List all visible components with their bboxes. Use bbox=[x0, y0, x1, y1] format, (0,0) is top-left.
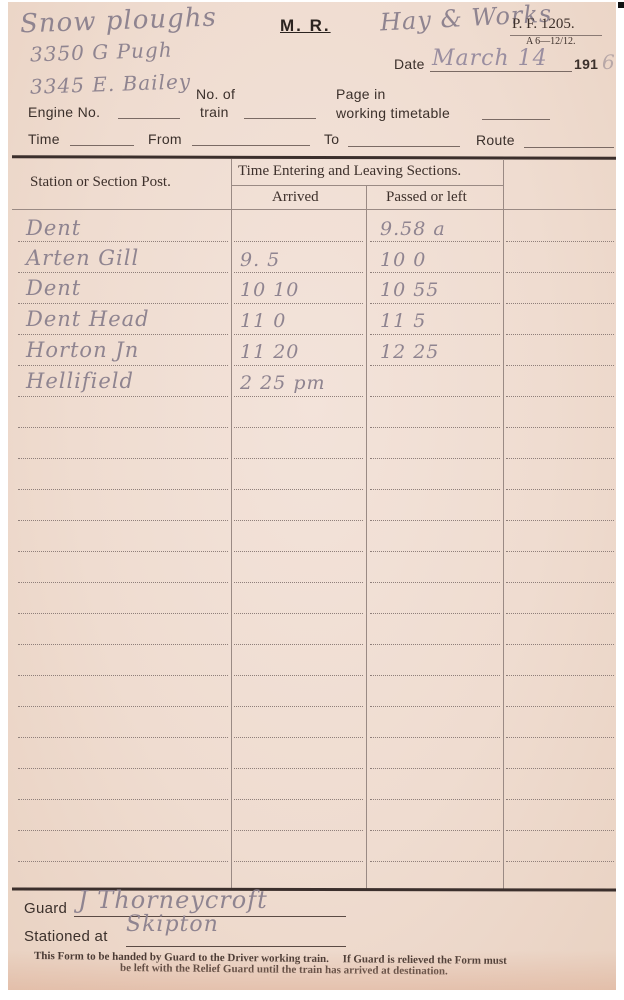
row-station: Dent Head bbox=[26, 307, 150, 331]
row-dotted-rule bbox=[234, 551, 363, 552]
row-passed: 10 0 bbox=[380, 249, 426, 271]
row-passed: 9.58 a bbox=[380, 218, 446, 240]
row-dotted-rule bbox=[234, 365, 363, 366]
row-dotted-rule bbox=[234, 334, 363, 335]
row-dotted-rule bbox=[18, 272, 228, 273]
row-dotted-rule bbox=[234, 830, 363, 831]
row-dotted-rule bbox=[370, 303, 500, 304]
row-dotted-rule bbox=[234, 644, 363, 645]
row-dotted-rule bbox=[18, 706, 228, 707]
row-dotted-rule bbox=[234, 737, 363, 738]
table-top-rule bbox=[12, 155, 616, 160]
row-dotted-rule bbox=[234, 706, 363, 707]
row-dotted-rule bbox=[506, 551, 614, 552]
engine-entry-2: 3345 E. Bailey bbox=[30, 69, 192, 99]
row-dotted-rule bbox=[506, 675, 614, 676]
row-dotted-rule bbox=[234, 241, 363, 242]
row-dotted-rule bbox=[370, 241, 500, 242]
row-arrived: 11 0 bbox=[240, 310, 286, 332]
row-station: Arten Gill bbox=[26, 246, 139, 270]
row-dotted-rule bbox=[370, 830, 500, 831]
row-dotted-rule bbox=[18, 861, 228, 862]
train-label: train bbox=[200, 104, 229, 120]
row-dotted-rule bbox=[234, 489, 363, 490]
row-dotted-rule bbox=[370, 861, 500, 862]
row-dotted-rule bbox=[18, 737, 228, 738]
row-dotted-rule bbox=[18, 551, 228, 552]
date-label: Date bbox=[394, 56, 425, 72]
row-dotted-rule bbox=[18, 427, 228, 428]
row-passed: 10 55 bbox=[380, 279, 439, 301]
row-arrived: 10 10 bbox=[240, 279, 299, 301]
row-dotted-rule bbox=[506, 706, 614, 707]
row-dotted-rule bbox=[370, 520, 500, 521]
row-dotted-rule bbox=[18, 830, 228, 831]
row-dotted-rule bbox=[18, 582, 228, 583]
row-dotted-rule bbox=[18, 489, 228, 490]
row-arrived: 9. 5 bbox=[240, 249, 280, 271]
row-dotted-rule bbox=[506, 365, 614, 366]
handwritten-snow-ploughs: Snow ploughs bbox=[20, 3, 218, 40]
row-dotted-rule bbox=[506, 613, 614, 614]
guard-value: J Thorneycroft bbox=[78, 886, 268, 914]
engine-entry-1: 3350 G Pugh bbox=[30, 38, 173, 67]
row-dotted-rule bbox=[506, 334, 614, 335]
col-passed-header: Passed or left bbox=[386, 189, 467, 206]
row-dotted-rule bbox=[370, 706, 500, 707]
row-dotted-rule bbox=[506, 861, 614, 862]
row-arrived: 11 20 bbox=[240, 341, 299, 363]
row-station: Dent bbox=[26, 216, 81, 240]
row-dotted-rule bbox=[234, 582, 363, 583]
row-dotted-rule bbox=[370, 737, 500, 738]
col-arrived-header: Arrived bbox=[272, 189, 319, 206]
row-passed: 12 25 bbox=[380, 341, 439, 363]
row-dotted-rule bbox=[18, 334, 228, 335]
row-dotted-rule bbox=[506, 830, 614, 831]
row-dotted-rule bbox=[370, 582, 500, 583]
row-dotted-rule bbox=[370, 551, 500, 552]
row-dotted-rule bbox=[370, 613, 500, 614]
row-dotted-rule bbox=[18, 644, 228, 645]
row-dotted-rule bbox=[234, 396, 363, 397]
from-label: From bbox=[148, 131, 182, 147]
row-dotted-rule bbox=[234, 861, 363, 862]
row-dotted-rule bbox=[234, 303, 363, 304]
col-station-header: Station or Section Post. bbox=[30, 174, 171, 191]
row-dotted-rule bbox=[18, 799, 228, 800]
to-label: To bbox=[324, 131, 339, 147]
row-dotted-rule bbox=[506, 520, 614, 521]
row-station: Dent bbox=[26, 276, 81, 300]
row-dotted-rule bbox=[506, 272, 614, 273]
row-dotted-rule bbox=[18, 241, 228, 242]
row-dotted-rule bbox=[506, 644, 614, 645]
row-dotted-rule bbox=[506, 303, 614, 304]
row-dotted-rule bbox=[234, 427, 363, 428]
row-dotted-rule bbox=[18, 396, 228, 397]
row-arrived: 2 25 pm bbox=[240, 372, 326, 394]
row-dotted-rule bbox=[18, 768, 228, 769]
row-dotted-rule bbox=[506, 799, 614, 800]
row-dotted-rule bbox=[18, 458, 228, 459]
row-dotted-rule bbox=[370, 334, 500, 335]
row-dotted-rule bbox=[18, 675, 228, 676]
row-dotted-rule bbox=[506, 241, 614, 242]
col-time-group-header: Time Entering and Leaving Sections. bbox=[238, 163, 461, 180]
guard-label: Guard bbox=[24, 900, 67, 917]
row-dotted-rule bbox=[370, 396, 500, 397]
row-passed: 11 5 bbox=[380, 310, 426, 332]
row-dotted-rule bbox=[506, 582, 614, 583]
row-dotted-rule bbox=[234, 458, 363, 459]
row-dotted-rule bbox=[18, 303, 228, 304]
form-paper: Snow ploughs M. R. Hay & Works P. F. 120… bbox=[8, 2, 616, 990]
row-dotted-rule bbox=[370, 365, 500, 366]
row-dotted-rule bbox=[234, 768, 363, 769]
form-code: P. F. 1205. bbox=[512, 16, 575, 33]
row-dotted-rule bbox=[370, 799, 500, 800]
date-year-printed: 191 bbox=[574, 56, 598, 72]
date-value: March 14 bbox=[432, 46, 548, 71]
row-dotted-rule bbox=[370, 272, 500, 273]
row-dotted-rule bbox=[18, 520, 228, 521]
row-dotted-rule bbox=[370, 489, 500, 490]
stationed-at-value: Skipton bbox=[126, 912, 219, 937]
row-dotted-rule bbox=[506, 737, 614, 738]
page-in-label: Page in bbox=[336, 86, 386, 102]
time-label: Time bbox=[28, 131, 60, 147]
row-dotted-rule bbox=[234, 520, 363, 521]
row-dotted-rule bbox=[18, 365, 228, 366]
paper-edge-stain bbox=[8, 950, 616, 990]
row-dotted-rule bbox=[370, 427, 500, 428]
date-year-handwritten: 6 bbox=[602, 50, 616, 74]
row-dotted-rule bbox=[370, 644, 500, 645]
no-of-train-label: No. of bbox=[196, 86, 235, 102]
row-station: Hellifield bbox=[26, 369, 134, 393]
row-dotted-rule bbox=[506, 458, 614, 459]
row-dotted-rule bbox=[18, 613, 228, 614]
row-dotted-rule bbox=[234, 675, 363, 676]
stationed-at-label: Stationed at bbox=[24, 928, 108, 945]
row-dotted-rule bbox=[370, 458, 500, 459]
row-dotted-rule bbox=[234, 272, 363, 273]
route-label: Route bbox=[476, 132, 515, 148]
engine-no-label: Engine No. bbox=[28, 104, 100, 120]
row-dotted-rule bbox=[506, 768, 614, 769]
working-timetable-label: working timetable bbox=[336, 105, 450, 121]
row-dotted-rule bbox=[506, 396, 614, 397]
corner-mark bbox=[618, 2, 624, 8]
row-dotted-rule bbox=[370, 768, 500, 769]
form-title: M. R. bbox=[280, 16, 331, 36]
row-dotted-rule bbox=[506, 489, 614, 490]
row-station: Horton Jn bbox=[26, 338, 139, 362]
row-dotted-rule bbox=[234, 799, 363, 800]
row-dotted-rule bbox=[234, 613, 363, 614]
row-dotted-rule bbox=[506, 427, 614, 428]
row-dotted-rule bbox=[370, 675, 500, 676]
